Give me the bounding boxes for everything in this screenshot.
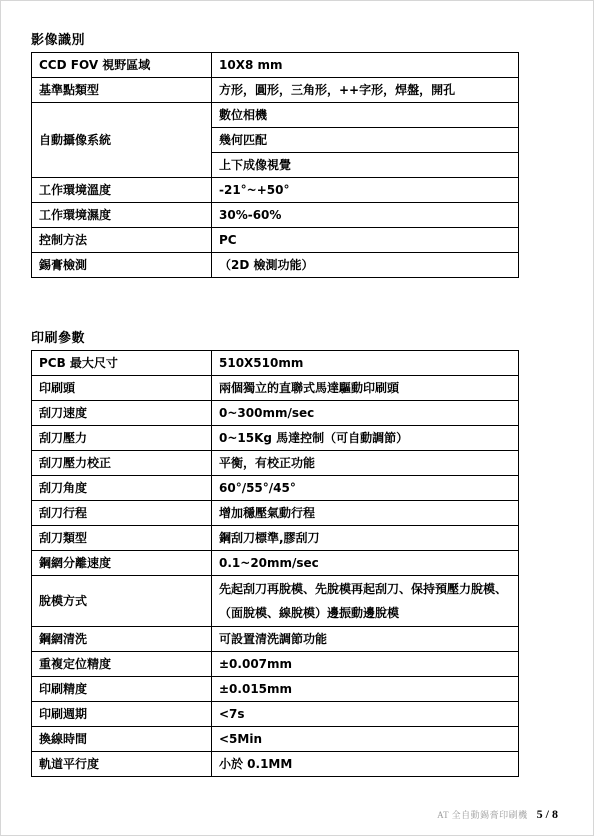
spec-label-cell: PCB 最大尺寸 (32, 351, 212, 376)
spec-label-cell: 鋼網清洗 (32, 627, 212, 652)
spec-value-cell: 小於 0.1MM (212, 752, 519, 777)
spec-value-cell: 0.1~20mm/sec (212, 551, 519, 576)
footer-doc-title: AT 全自動錫膏印刷機 (437, 810, 528, 820)
table-row: 刮刀角度 60°/55°/45° (32, 476, 519, 501)
table-row: 刮刀行程 增加穩壓氣動行程 (32, 501, 519, 526)
spec-label-cell: 刮刀速度 (32, 401, 212, 426)
spec-value-cell: <5Min (212, 727, 519, 752)
page-footer: AT 全自動錫膏印刷機 5 / 8 (437, 805, 558, 823)
spec-label-cell: 錫膏檢測 (32, 253, 212, 278)
spec-label-cell: 控制方法 (32, 228, 212, 253)
spec-label-cell: 重複定位精度 (32, 652, 212, 677)
table-row: 刮刀類型 鋼刮刀標準,膠刮刀 (32, 526, 519, 551)
spec-label-cell: 脫模方式 (32, 576, 212, 627)
spec-value-cell: -21°~+50° (212, 178, 519, 203)
spec-value-cell: 幾何匹配 (212, 128, 519, 153)
document-page: 影像識別 CCD FOV 視野區域 10X8 mm 基準點類型 方形，圓形，三角… (0, 0, 594, 836)
table-row: 刮刀壓力 0~15Kg 馬達控制（可自動調節） (32, 426, 519, 451)
spec-value-cell: 鋼刮刀標準,膠刮刀 (212, 526, 519, 551)
spec-label-cell: 刮刀角度 (32, 476, 212, 501)
table-row: 軌道平行度 小於 0.1MM (32, 752, 519, 777)
print-parameters-table: PCB 最大尺寸 510X510mm 印刷頭 兩個獨立的直聯式馬達驅動印刷頭 刮… (31, 350, 519, 777)
spec-value-cell: ±0.007mm (212, 652, 519, 677)
spec-label-cell: 印刷週期 (32, 702, 212, 727)
table-row: PCB 最大尺寸 510X510mm (32, 351, 519, 376)
spec-label-cell: 刮刀壓力 (32, 426, 212, 451)
spec-value-cell: 510X510mm (212, 351, 519, 376)
spec-label-cell: 自動攝像系統 (32, 103, 212, 178)
spec-label-cell: 刮刀壓力校正 (32, 451, 212, 476)
table-row: 印刷週期 <7s (32, 702, 519, 727)
table-row: 控制方法 PC (32, 228, 519, 253)
spec-label-cell: 工作環境溫度 (32, 178, 212, 203)
spec-label-cell: 鋼網分離速度 (32, 551, 212, 576)
spec-label-cell: 刮刀行程 (32, 501, 212, 526)
spec-label-cell: 基準點類型 (32, 78, 212, 103)
section-title-print-parameters: 印刷參數 (31, 327, 518, 346)
table-row: 基準點類型 方形，圓形，三角形，++字形，焊盤，開孔 (32, 78, 519, 103)
spec-value-cell: PC (212, 228, 519, 253)
footer-page-number: 5 / 8 (537, 807, 558, 821)
image-recognition-table: CCD FOV 視野區域 10X8 mm 基準點類型 方形，圓形，三角形，++字… (31, 52, 519, 278)
spec-label-cell: 工作環境濕度 (32, 203, 212, 228)
spec-value-cell: 數位相機 (212, 103, 519, 128)
spec-value-cell: 平衡，有校正功能 (212, 451, 519, 476)
table-row: 鋼網分離速度 0.1~20mm/sec (32, 551, 519, 576)
table-row: 自動攝像系統 數位相機 (32, 103, 519, 128)
table-row: 鋼網清洗 可設置清洗調節功能 (32, 627, 519, 652)
spec-value-cell: 方形，圓形，三角形，++字形，焊盤，開孔 (212, 78, 519, 103)
table-row: 工作環境濕度 30%-60% (32, 203, 519, 228)
page-content: 影像識別 CCD FOV 視野區域 10X8 mm 基準點類型 方形，圓形，三角… (31, 1, 518, 777)
spec-value-cell: 30%-60% (212, 203, 519, 228)
table-row: 工作環境溫度 -21°~+50° (32, 178, 519, 203)
spec-value-cell: 60°/55°/45° (212, 476, 519, 501)
table-row: 刮刀速度 0~300mm/sec (32, 401, 519, 426)
spec-value-cell: 10X8 mm (212, 53, 519, 78)
spec-value-cell: 可設置清洗調節功能 (212, 627, 519, 652)
spec-value-cell: 0~300mm/sec (212, 401, 519, 426)
spec-label-cell: 換線時間 (32, 727, 212, 752)
spec-label-cell: 印刷精度 (32, 677, 212, 702)
table-row: 錫膏檢測 （2D 檢測功能） (32, 253, 519, 278)
spec-value-cell: ±0.015mm (212, 677, 519, 702)
table-row: 脫模方式 先起刮刀再脫模、先脫模再起刮刀、保持預壓力脫模、（面脫模、線脫模）邊振… (32, 576, 519, 627)
spec-value-cell: 0~15Kg 馬達控制（可自動調節） (212, 426, 519, 451)
spec-value-cell: 增加穩壓氣動行程 (212, 501, 519, 526)
table-row: CCD FOV 視野區域 10X8 mm (32, 53, 519, 78)
spec-value-cell: 兩個獨立的直聯式馬達驅動印刷頭 (212, 376, 519, 401)
spec-value-cell: （2D 檢測功能） (212, 253, 519, 278)
table-row: 印刷精度 ±0.015mm (32, 677, 519, 702)
spec-label-cell: CCD FOV 視野區域 (32, 53, 212, 78)
table-row: 重複定位精度 ±0.007mm (32, 652, 519, 677)
spec-label-cell: 印刷頭 (32, 376, 212, 401)
table-row: 換線時間 <5Min (32, 727, 519, 752)
spec-label-cell: 軌道平行度 (32, 752, 212, 777)
table-row: 印刷頭 兩個獨立的直聯式馬達驅動印刷頭 (32, 376, 519, 401)
spec-value-cell: 上下成像視覺 (212, 153, 519, 178)
spec-value-cell: 先起刮刀再脫模、先脫模再起刮刀、保持預壓力脫模、（面脫模、線脫模）邊振動邊脫模 (212, 576, 519, 627)
section-title-image-recognition: 影像識別 (31, 29, 518, 48)
table-row: 刮刀壓力校正 平衡，有校正功能 (32, 451, 519, 476)
spec-value-cell: <7s (212, 702, 519, 727)
spec-label-cell: 刮刀類型 (32, 526, 212, 551)
